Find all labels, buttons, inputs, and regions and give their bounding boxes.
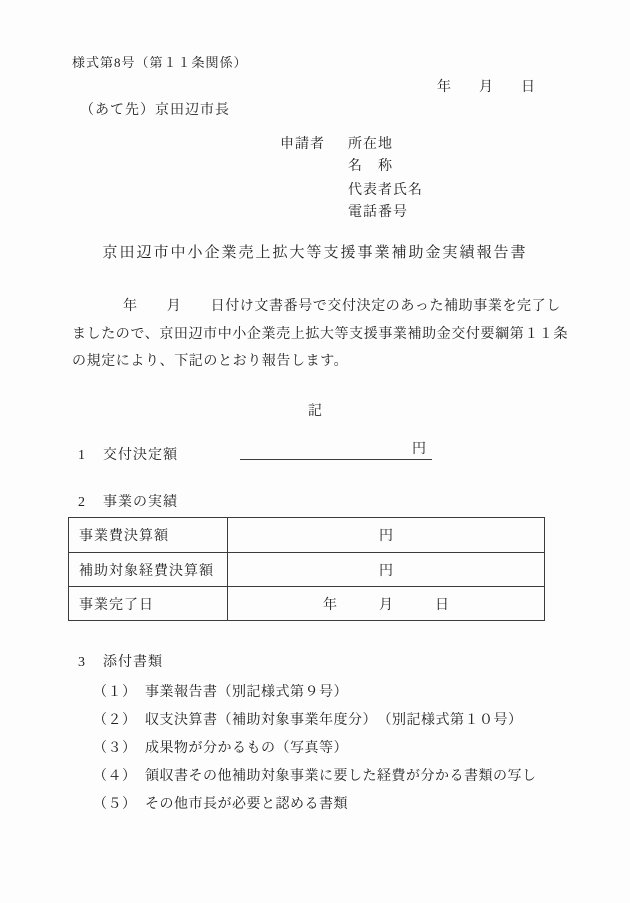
table-row: 事業完了日 年 月 日 [69,586,544,620]
section-3-label: 添付書類 [103,655,163,670]
applicant-block: 申請者 所在地 名 称 代表者氏名 電話番号 [280,134,423,224]
item-number: （４） [93,765,145,785]
row-value-eligible-expense: 円 [228,552,544,586]
item-number: （５） [93,793,145,813]
applicant-fields: 所在地 名 称 代表者氏名 電話番号 [348,134,423,224]
row-label-completion-date: 事業完了日 [69,586,228,620]
item-text: 成果物が分かるもの（写真等） [145,737,348,757]
list-item: （１）事業報告書（別記様式第９号） [93,677,537,705]
item-text: 収支決算書（補助対象事業年度分） （別記様式第１０号） [145,709,523,729]
row-value-completion-date: 年 月 日 [228,586,544,620]
item-text: その他市長が必要と認める書類 [145,793,348,813]
applicant-field-representative: 代表者氏名 [348,180,423,202]
item-number: （１） [93,681,145,701]
issue-date-line: 年 月 日 [72,76,535,96]
business-results-table: 事業費決算額 円 補助対象経費決算額 円 事業完了日 年 月 日 [68,517,545,621]
attachments-list: （１）事業報告書（別記様式第９号） （２）収支決算書（補助対象事業年度分） （別… [93,677,537,817]
item-text: 領収書その他補助対象事業に要した経費が分かる書類の写し [145,765,537,785]
body-paragraph: 年 月 日付け文書番号で交付決定のあった補助事業を完了し ましたので、京田辺市中… [72,293,572,376]
section-1-heading: 1交付決定額 [78,444,178,464]
section-2-label: 事業の実績 [103,495,178,510]
form-number: 様式第8号（第１１条関係） [72,52,248,71]
body-paragraph-line: ましたので、京田辺市中小企業売上拡大等支援事業補助金交付要綱第１１条 [72,321,572,349]
applicant-field-phone: 電話番号 [348,202,423,224]
body-paragraph-line: 年 月 日付け文書番号で交付決定のあった補助事業を完了し [72,293,572,321]
grant-amount-fill-line: 円 [240,440,432,460]
list-item: （３）成果物が分かるもの（写真等） [93,733,537,761]
list-item: （５）その他市長が必要と認める書類 [93,789,537,817]
addressee-line: （あて先）京田辺市長 [80,99,230,119]
item-number: （３） [93,737,145,757]
grant-amount-unit-label: 円 [412,442,426,457]
document-title: 京田辺市中小企業売上拡大等支援事業補助金実績報告書 [72,241,558,262]
list-item: （４）領収書その他補助対象事業に要した経費が分かる書類の写し [93,761,537,789]
row-label-eligible-expense: 補助対象経費決算額 [69,552,228,586]
section-2-heading: 2事業の実績 [78,491,178,511]
report-form-page: 様式第8号（第１１条関係） 年 月 日 （あて先）京田辺市長 申請者 所在地 名… [0,0,630,903]
applicant-field-name: 名 称 [348,156,423,178]
record-marker: 記 [72,400,558,420]
item-text: 事業報告書（別記様式第９号） [145,681,348,701]
row-label-project-expense: 事業費決算額 [69,518,228,552]
item-number: （２） [93,709,145,729]
section-3-number: 3 [78,655,86,670]
section-2-number: 2 [78,495,86,510]
body-paragraph-line: の規定により、下記のとおり報告します。 [72,348,572,376]
section-1-label: 交付決定額 [103,448,178,463]
section-1-number: 1 [78,448,86,463]
applicant-field-address: 所在地 [348,134,423,156]
table-row: 事業費決算額 円 [69,518,544,552]
list-item: （２）収支決算書（補助対象事業年度分） （別記様式第１０号） [93,705,537,733]
applicant-label: 申請者 [280,134,348,224]
section-3-heading: 3添付書類 [78,651,163,671]
row-value-project-expense: 円 [228,518,544,552]
table-row: 補助対象経費決算額 円 [69,552,544,586]
